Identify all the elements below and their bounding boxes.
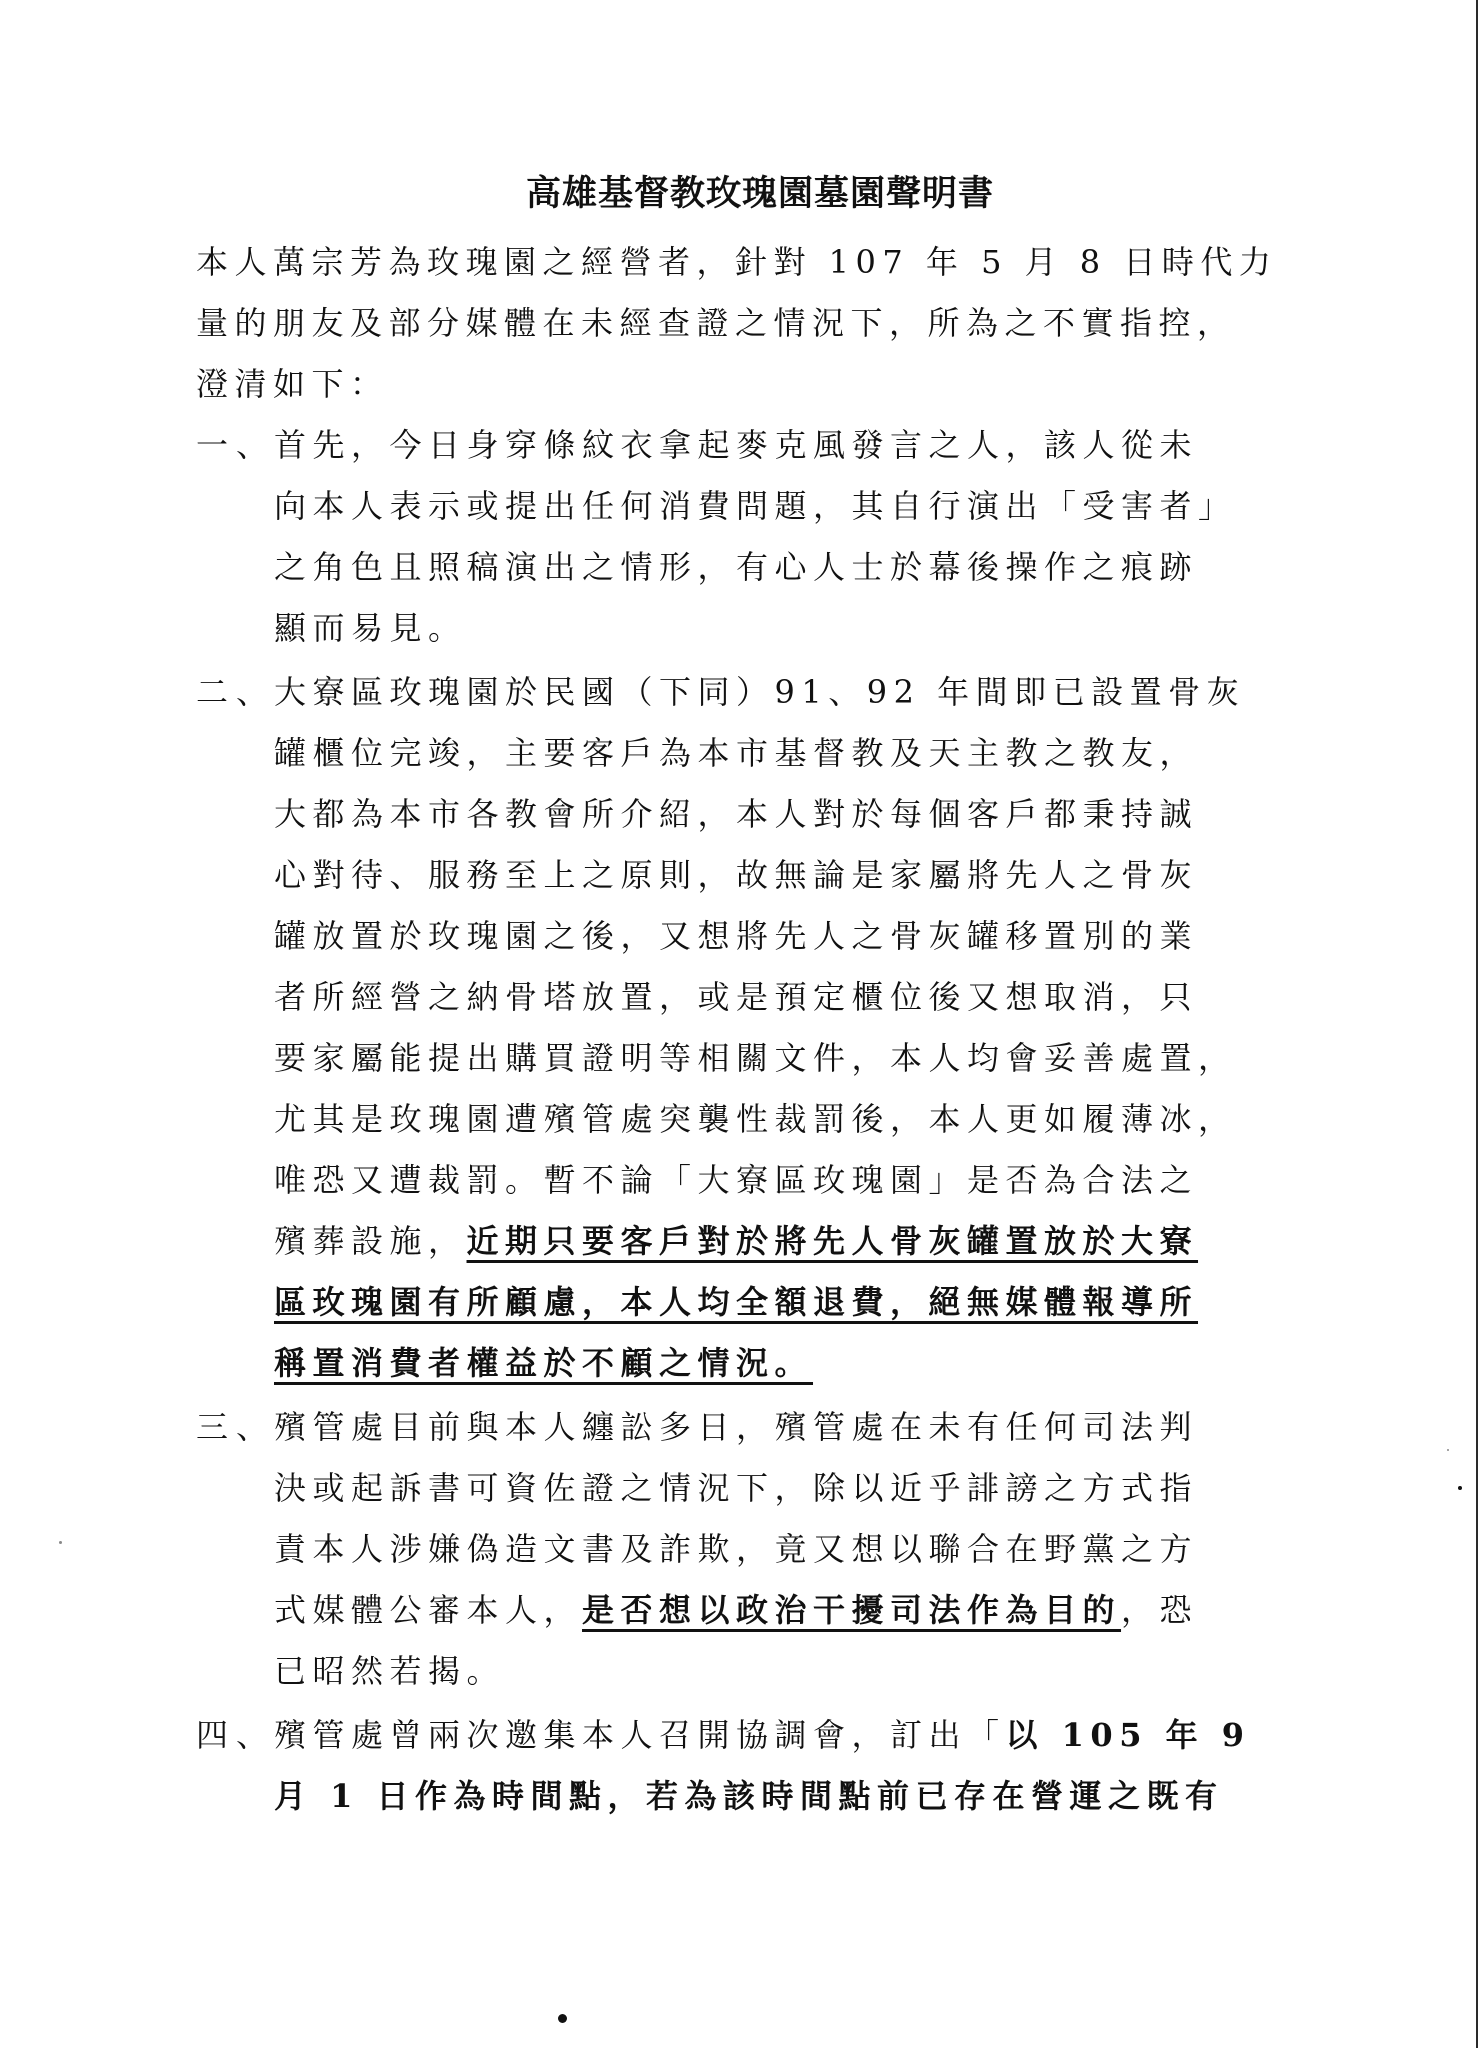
section-line: 月 1 日作為時間點，若為該時間點前已存在營運之既有	[196, 1766, 1216, 1827]
section-line: 責本人涉嫌偽造文書及詐欺，竟又想以聯合在野黨之方	[196, 1519, 1216, 1580]
section-line: 殯管處曾兩次邀集本人召開協調會，訂出「以 105 年 9	[274, 1705, 1251, 1766]
underlined-emphasis: 是否想以政治干擾司法作為目的	[582, 1591, 1121, 1629]
section-4: 四、 殯管處曾兩次邀集本人召開協調會，訂出「以 105 年 9 月 1 日作為時…	[196, 1705, 1216, 1827]
section-line: 稱置消費者權益於不顧之情況。	[196, 1333, 1216, 1394]
section-line: 唯恐又遭裁罰。暫不論「大寮區玫瑰園」是否為合法之	[196, 1150, 1216, 1211]
section-line: 首先，今日身穿條紋衣拿起麥克風發言之人，該人從未	[274, 415, 1216, 476]
section-line: 顯而易見。	[196, 598, 1216, 659]
bold-emphasis: 月 1 日作為時間點，若為該時間點前已存在營運之既有	[274, 1777, 1224, 1815]
plain-text: 殯葬設施，	[274, 1222, 467, 1260]
scan-speck	[59, 1541, 62, 1544]
intro-line: 本人萬宗芳為玫瑰園之經營者，針對 107 年 5 月 8 日時代力	[196, 232, 1216, 293]
underlined-emphasis: 近期只要客戶對於將先人骨灰罐置放於大寮	[467, 1222, 1199, 1260]
section-1: 一、 首先，今日身穿條紋衣拿起麥克風發言之人，該人從未 向本人表示或提出任何消費…	[196, 415, 1216, 659]
document-page: 高雄基督教玫瑰園墓園聲明書 本人萬宗芳為玫瑰園之經營者，針對 107 年 5 月…	[0, 0, 1480, 2048]
scan-speck	[558, 2014, 567, 2023]
section-marker: 三、	[196, 1397, 274, 1458]
section-line: 之角色且照稿演出之情形，有心人士於幕後操作之痕跡	[196, 537, 1216, 598]
section-3: 三、 殯管處目前與本人纏訟多日，殯管處在未有任何司法判 決或起訴書可資佐證之情況…	[196, 1397, 1216, 1702]
document-body: 本人萬宗芳為玫瑰園之經營者，針對 107 年 5 月 8 日時代力 量的朋友及部…	[196, 232, 1216, 1827]
section-line: 殯管處目前與本人纏訟多日，殯管處在未有任何司法判	[274, 1397, 1216, 1458]
section-line: 罐櫃位完竣，主要客戶為本市基督教及天主教之教友，	[196, 723, 1216, 784]
scan-speck	[1447, 1449, 1449, 1451]
document-title: 高雄基督教玫瑰園墓園聲明書	[0, 172, 1480, 216]
bold-emphasis: 以 105 年 9	[1006, 1716, 1251, 1754]
section-line: 大都為本市各教會所介紹，本人對於每個客戶都秉持誠	[196, 784, 1216, 845]
section-2: 二、 大寮區玫瑰園於民國（下同）91、92 年間即已設置骨灰 罐櫃位完竣，主要客…	[196, 662, 1216, 1394]
section-marker: 二、	[196, 662, 274, 723]
scan-edge-line	[1476, 0, 1478, 2048]
section-marker: 一、	[196, 415, 274, 476]
underlined-emphasis: 稱置消費者權益於不顧之情況。	[274, 1344, 813, 1382]
section-line: 式媒體公審本人，是否想以政治干擾司法作為目的，恐	[196, 1580, 1216, 1641]
section-line: 區玫瑰園有所顧慮，本人均全額退費，絕無媒體報導所	[196, 1272, 1216, 1333]
section-line: 者所經營之納骨塔放置，或是預定櫃位後又想取消，只	[196, 967, 1216, 1028]
intro-line: 澄清如下：	[196, 354, 1216, 415]
scan-speck	[1458, 1486, 1462, 1490]
section-line: 大寮區玫瑰園於民國（下同）91、92 年間即已設置骨灰	[274, 662, 1245, 723]
section-line: 要家屬能提出購買證明等相關文件，本人均會妥善處置，	[196, 1028, 1216, 1089]
underlined-emphasis: 區玫瑰園有所顧慮，本人均全額退費，絕無媒體報導所	[274, 1283, 1198, 1321]
plain-text: 殯管處曾兩次邀集本人召開協調會，訂出「	[274, 1716, 1006, 1754]
section-line: 尤其是玫瑰園遭殯管處突襲性裁罰後，本人更如履薄冰，	[196, 1089, 1216, 1150]
section-line: 向本人表示或提出任何消費問題，其自行演出「受害者」	[196, 476, 1216, 537]
plain-text: ，恐	[1121, 1591, 1198, 1629]
section-line: 決或起訴書可資佐證之情況下，除以近乎誹謗之方式指	[196, 1458, 1216, 1519]
section-line: 殯葬設施，近期只要客戶對於將先人骨灰罐置放於大寮	[196, 1211, 1216, 1272]
section-marker: 四、	[196, 1705, 274, 1766]
intro-paragraph: 本人萬宗芳為玫瑰園之經營者，針對 107 年 5 月 8 日時代力 量的朋友及部…	[196, 232, 1216, 415]
section-line: 罐放置於玫瑰園之後，又想將先人之骨灰罐移置別的業	[196, 906, 1216, 967]
plain-text: 式媒體公審本人，	[274, 1591, 582, 1629]
section-line: 已昭然若揭。	[196, 1641, 1216, 1702]
intro-line: 量的朋友及部分媒體在未經查證之情況下，所為之不實指控，	[196, 293, 1216, 354]
section-line: 心對待、服務至上之原則，故無論是家屬將先人之骨灰	[196, 845, 1216, 906]
